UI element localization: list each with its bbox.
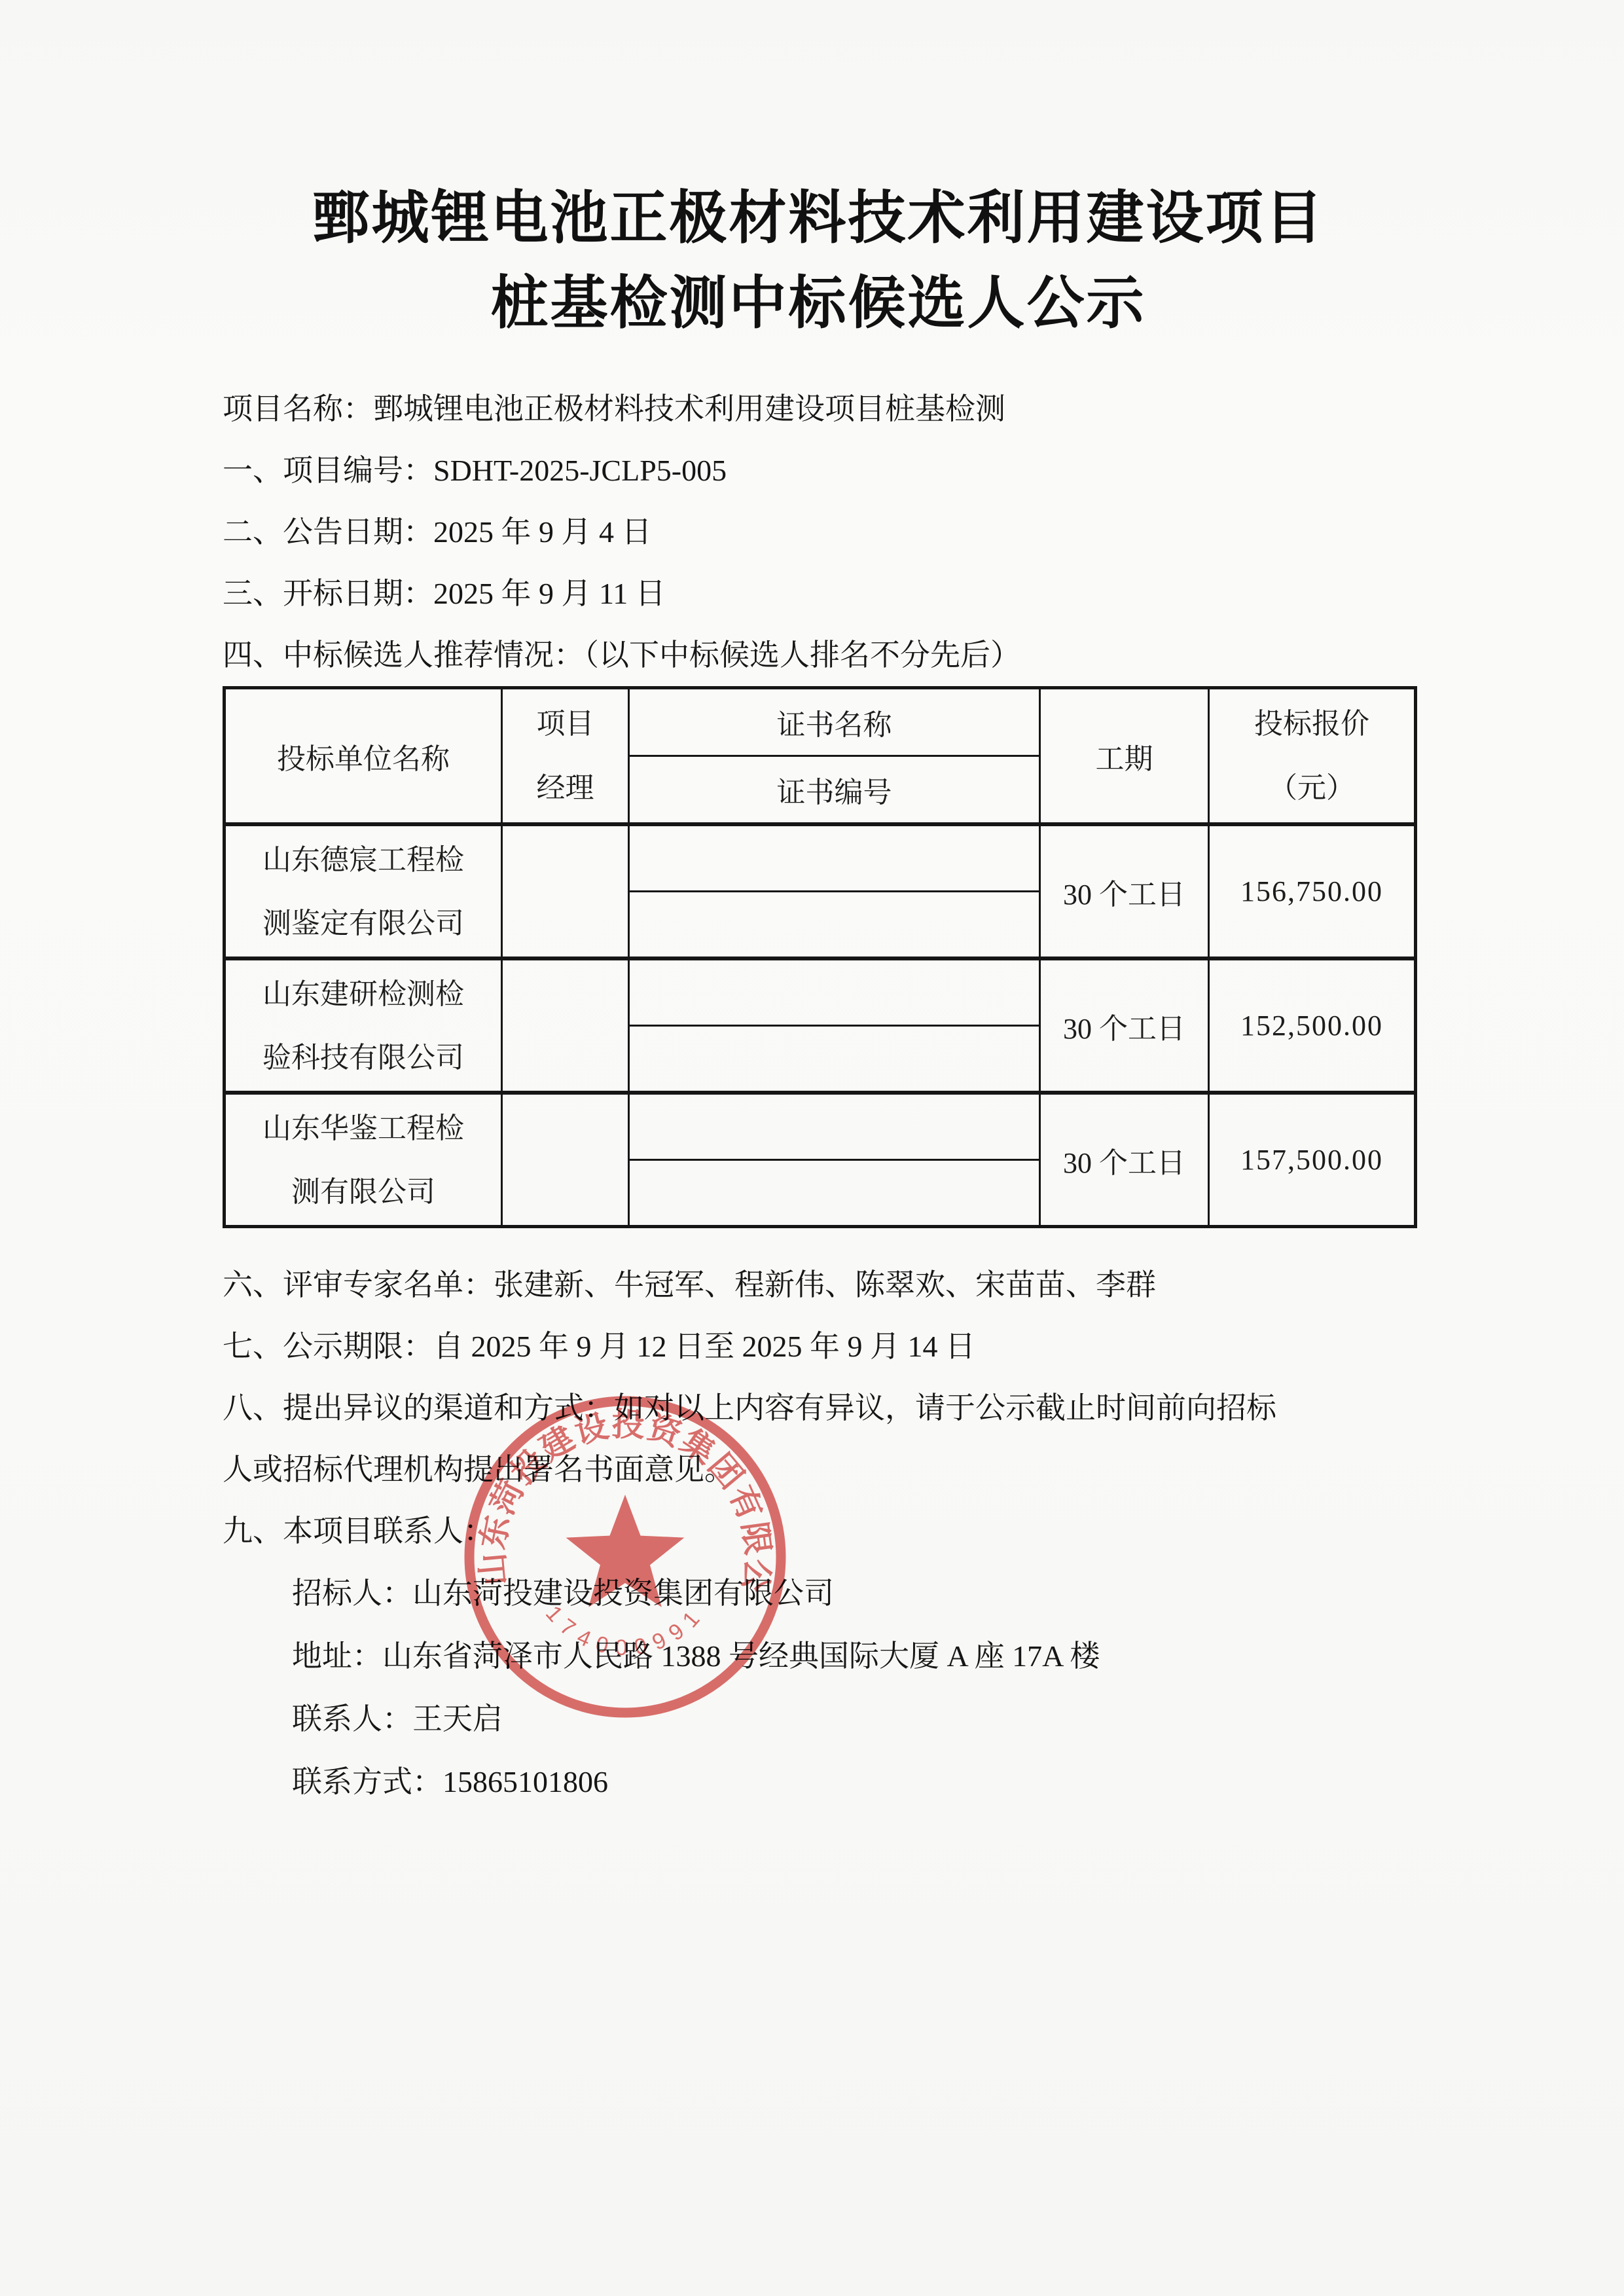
contact-person: 联系人：王天启	[292, 1688, 1414, 1751]
header-project-manager-line-1: 项目	[503, 692, 628, 756]
paragraph-objection-line-1: 八、提出异议的渠道和方式：如对以上内容有异议，请于公示截止时间前向招标	[223, 1377, 1414, 1439]
price-cell: 152,500.00	[1209, 958, 1416, 1093]
company-name-line-1: 山东华鉴工程检	[226, 1097, 501, 1160]
bid-candidates-table: 投标单位名称 项目 经理 证书名称 工期 投标报价 （元） 证书编号	[223, 686, 1417, 1228]
paragraph-announce-date: 二、公告日期：2025 年 9 月 4 日	[223, 501, 1414, 563]
header-cell-bidder: 投标单位名称	[225, 688, 502, 825]
paragraph-open-date: 三、开标日期：2025 年 9 月 11 日	[223, 563, 1414, 625]
header-price-line-1: 投标报价	[1210, 692, 1414, 756]
project-manager-cell	[502, 1093, 629, 1227]
paragraph-objection: 八、提出异议的渠道和方式：如对以上内容有异议，请于公示截止时间前向招标 人或招标…	[223, 1377, 1414, 1501]
header-price-line-2: （元）	[1210, 756, 1414, 820]
cert-name-cell	[629, 824, 1040, 892]
company-cell: 山东华鉴工程检 测有限公司	[225, 1093, 502, 1227]
paragraph-project-name: 项目名称：鄄城锂电池正极材料技术利用建设项目桩基检测	[223, 378, 1414, 440]
scanned-document-page: 鄄城锂电池正极材料技术利用建设项目 桩基检测中标候选人公示 项目名称：鄄城锂电池…	[0, 0, 1624, 2296]
header-cell-price: 投标报价 （元）	[1209, 688, 1416, 825]
cert-name-cell	[629, 958, 1040, 1026]
cert-no-cell	[629, 1026, 1040, 1093]
header-cell-project-manager: 项目 经理	[502, 688, 629, 825]
contact-address: 地址：山东省菏泽市人民路 1388 号经典国际大厦 A 座 17A 楼	[292, 1625, 1414, 1688]
contact-phone: 联系方式：15865101806	[292, 1751, 1414, 1813]
header-cell-cert-name: 证书名称	[629, 688, 1040, 756]
cert-name-cell	[629, 1093, 1040, 1160]
header-cell-cert-no: 证书编号	[629, 756, 1040, 825]
paragraph-contact-header: 九、本项目联系人：	[223, 1501, 1414, 1562]
document-title-line-2: 桩基检测中标候选人公示	[223, 261, 1414, 346]
price-cell: 157,500.00	[1209, 1093, 1416, 1227]
table-header-row-1: 投标单位名称 项目 经理 证书名称 工期 投标报价 （元）	[225, 688, 1416, 756]
company-name-line-2: 测鉴定有限公司	[226, 892, 501, 955]
table-row-bidder-2: 山东建研检测检 验科技有限公司 30 个工日 152,500.00	[225, 958, 1416, 1026]
price-cell: 156,750.00	[1209, 824, 1416, 958]
paragraph-experts: 六、评审专家名单：张建新、牛冠军、程新伟、陈翠欢、宋苗苗、李群	[223, 1254, 1414, 1316]
table-row-bidder-3: 山东华鉴工程检 测有限公司 30 个工日 157,500.00	[225, 1093, 1416, 1160]
company-name-line-2: 测有限公司	[226, 1160, 501, 1224]
paragraph-item-no: 一、项目编号：SDHT-2025-JCLP5-005	[223, 440, 1414, 501]
company-cell: 山东建研检测检 验科技有限公司	[225, 958, 502, 1093]
project-manager-cell	[502, 958, 629, 1093]
duration-cell: 30 个工日	[1040, 824, 1209, 958]
cert-no-cell	[629, 892, 1040, 959]
document-title: 鄄城锂电池正极材料技术利用建设项目 桩基检测中标候选人公示	[223, 0, 1414, 346]
paragraph-candidates-header: 四、中标候选人推荐情况：（以下中标候选人排名不分先后）	[223, 625, 1414, 686]
duration-cell: 30 个工日	[1040, 1093, 1209, 1227]
project-manager-cell	[502, 824, 629, 958]
company-name-line-2: 验科技有限公司	[226, 1026, 501, 1089]
document-title-line-1: 鄄城锂电池正极材料技术利用建设项目	[223, 175, 1414, 261]
cert-no-cell	[629, 1160, 1040, 1227]
header-cell-duration: 工期	[1040, 688, 1209, 825]
duration-cell: 30 个工日	[1040, 958, 1209, 1093]
document-content: 鄄城锂电池正极材料技术利用建设项目 桩基检测中标候选人公示 项目名称：鄄城锂电池…	[223, 0, 1414, 1813]
header-project-manager-line-2: 经理	[503, 756, 628, 820]
company-cell: 山东德宸工程检 测鉴定有限公司	[225, 824, 502, 958]
company-name-line-1: 山东建研检测检	[226, 962, 501, 1026]
paragraph-objection-line-2: 人或招标代理机构提出署名书面意见。	[223, 1439, 1414, 1501]
table-row-bidder-1: 山东德宸工程检 测鉴定有限公司 30 个工日 156,750.00	[225, 824, 1416, 892]
paragraph-publicity-period: 七、公示期限：自 2025 年 9 月 12 日至 2025 年 9 月 14 …	[223, 1316, 1414, 1377]
contact-tenderer: 招标人：山东菏投建设投资集团有限公司	[292, 1562, 1414, 1625]
company-name-line-1: 山东德宸工程检	[226, 828, 501, 892]
